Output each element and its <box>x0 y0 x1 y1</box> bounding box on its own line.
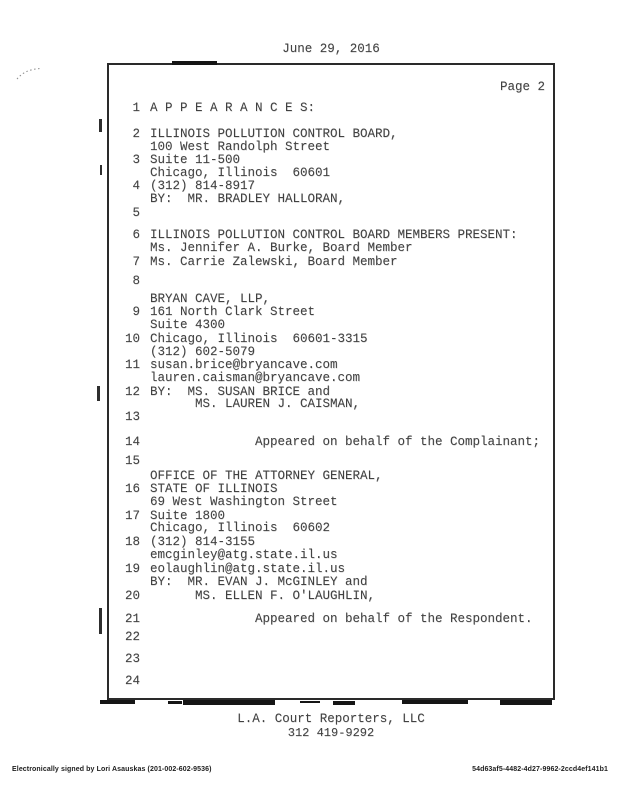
scan-artifact-line <box>300 701 320 703</box>
scan-artifact-line <box>168 701 182 704</box>
transcript-frame: Page 2 <box>107 63 555 700</box>
transcript-date: June 29, 2016 <box>107 42 555 56</box>
page-number-label: Page 2 <box>500 80 545 94</box>
scan-artifact-line <box>402 700 468 704</box>
scan-artifact-tick <box>100 165 102 175</box>
scan-artifact-tick <box>99 119 102 132</box>
scan-artifact-line <box>100 700 135 704</box>
scan-artifact-tick <box>99 608 102 634</box>
scan-artifact-line <box>333 701 355 705</box>
scan-artifact-line <box>183 700 275 705</box>
document-id: 54d63af5-4482-4d27-9962-2ccd4ef141b1 <box>472 766 608 773</box>
electronic-signature: Electronically signed by Lori Asauskas (… <box>12 766 212 773</box>
scan-artifact-line <box>172 61 217 65</box>
reporter-company: L.A. Court Reporters, LLC <box>107 712 555 726</box>
reporter-phone: 312 419-9292 <box>107 726 555 740</box>
scan-artifact-tick <box>97 386 100 401</box>
pen-mark-icon <box>15 66 43 84</box>
scan-artifact-line <box>500 700 552 705</box>
scanned-transcript-page: June 29, 2016 Page 2 1 A P P E A R A N C… <box>0 0 618 800</box>
